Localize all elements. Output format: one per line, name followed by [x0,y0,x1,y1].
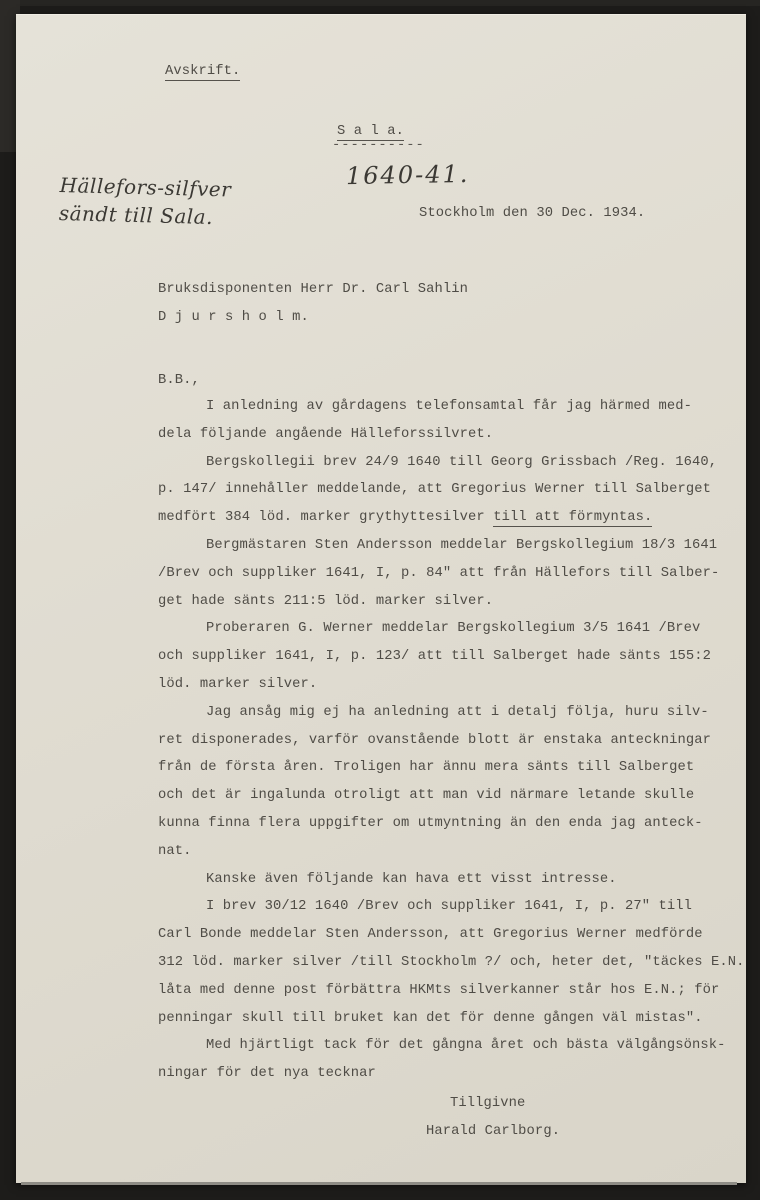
letter-title: S a l a. [337,125,404,139]
background-top-strip [0,0,760,6]
body-text-segment: dela följande angående Hälleforssilvret. [158,427,493,442]
body-text-segment: Bergskollegii brev 24/9 1640 till Georg … [206,455,717,470]
letter-body-line: get hade sänts 211:5 löd. marker silver. [158,593,758,621]
letter-body-line: kunna finna flera uppgifter om utmyntnin… [158,815,758,843]
letter-body-line: Med hjärtligt tack för det gångna året o… [158,1037,758,1065]
handwritten-note-line1: Hällefors-silfver [59,171,231,203]
letter-body-line: /Brev och suppliker 1641, I, p. 84" att … [158,565,758,593]
salutation: B.B., [158,374,200,388]
page-bottom-edge [21,1182,737,1185]
letter-body-line: och det är ingalunda otroligt att man vi… [158,787,758,815]
body-text-segment: Med hjärtligt tack för det gångna året o… [206,1038,726,1053]
valediction: Tillgivne [450,1097,525,1111]
letter-page: Avskrift. S a l a. ---------- 1640-41. H… [16,14,746,1183]
letter-body-line: ningar för det nya tecknar [158,1065,758,1093]
letter-body-line: I brev 30/12 1640 /Brev och suppliker 16… [158,898,758,926]
letter-body: I anledning av gårdagens telefonsamtal f… [158,398,758,1093]
letter-body-line: låta med denne post förbättra HKMts silv… [158,982,758,1010]
letter-body-line: Bergskollegii brev 24/9 1640 till Georg … [158,454,758,482]
letter-body-line: I anledning av gårdagens telefonsamtal f… [158,398,758,426]
letter-body-line: Carl Bonde meddelar Sten Andersson, att … [158,926,758,954]
letter-body-line: och suppliker 1641, I, p. 123/ att till … [158,648,758,676]
signature-name: Harald Carlborg. [426,1125,560,1139]
letter-body-line: löd. marker silver. [158,676,758,704]
body-text-segment: ret disponerades, varför ovanstående blo… [158,733,711,748]
letter-body-line: Kanske även följande kan hava ett visst … [158,871,758,899]
body-text-segment: I brev 30/12 1640 /Brev och suppliker 16… [206,899,692,914]
body-text-segment: löd. marker silver. [158,677,317,692]
body-text-segment: p. 147/ innehåller meddelande, att Grego… [158,482,711,497]
body-text-segment: Kanske även följande kan hava ett visst … [206,872,617,887]
letter-body-line: Bergmästaren Sten Andersson meddelar Ber… [158,537,758,565]
dateline: Stockholm den 30 Dec. 1934. [419,207,645,221]
letter-body-line: 312 löd. marker silver /till Stockholm ?… [158,954,758,982]
body-text-segment: penningar skull till bruket kan det för … [158,1011,703,1026]
body-text-segment: låta med denne post förbättra HKMts silv… [158,983,719,998]
letter-body-line: ret disponerades, varför ovanstående blo… [158,732,758,760]
copy-stamp: Avskrift. [165,65,240,79]
recipient-city: D j u r s h o l m. [158,311,309,325]
letter-body-line: Proberaren G. Werner meddelar Bergskolle… [158,620,758,648]
title-dashed-rule: ---------- [332,138,425,153]
body-text-segment: från de första åren. Troligen har ännu m… [158,760,694,775]
body-text-segment: kunna finna flera uppgifter om utmyntnin… [158,816,703,831]
underlined-phrase: till att förmyntas. [493,510,652,527]
letter-body-line: Jag ansåg mig ej ha anledning att i deta… [158,704,758,732]
body-text-segment: nat. [158,844,192,859]
handwritten-note-line2: sändt till Sala. [59,199,231,231]
body-text-segment: ningar för det nya tecknar [158,1066,376,1081]
body-text-segment: Carl Bonde meddelar Sten Andersson, att … [158,927,703,942]
body-text-segment: och det är ingalunda otroligt att man vi… [158,788,694,803]
letter-body-line: medfört 384 löd. marker grythyttesilver … [158,509,758,537]
handwritten-note: Hällefors-silfver sändt till Sala. [59,171,232,231]
body-text-segment: I anledning av gårdagens telefonsamtal f… [206,399,692,414]
letter-body-line: penningar skull till bruket kan det för … [158,1010,758,1038]
handwritten-years: 1640-41. [346,160,470,190]
copy-stamp-text: Avskrift. [165,64,240,81]
body-text-segment: /Brev och suppliker 1641, I, p. 84" att … [158,566,719,581]
body-text-segment: Proberaren G. Werner meddelar Bergskolle… [206,621,700,636]
letter-body-line: dela följande angående Hälleforssilvret. [158,426,758,454]
scanned-letter-photo: Avskrift. S a l a. ---------- 1640-41. H… [0,0,760,1200]
letter-body-line: nat. [158,843,758,871]
recipient-name: Bruksdisponenten Herr Dr. Carl Sahlin [158,283,468,297]
letter-body-line: från de första åren. Troligen har ännu m… [158,759,758,787]
letter-body-line: p. 147/ innehåller meddelande, att Grego… [158,481,758,509]
body-text-segment: 312 löd. marker silver /till Stockholm ?… [158,955,745,970]
body-text-segment: Jag ansåg mig ej ha anledning att i deta… [206,705,709,720]
body-text-segment: medfört 384 löd. marker grythyttesilver [158,510,493,525]
body-text-segment: och suppliker 1641, I, p. 123/ att till … [158,649,711,664]
body-text-segment: Bergmästaren Sten Andersson meddelar Ber… [206,538,717,553]
body-text-segment: get hade sänts 211:5 löd. marker silver. [158,594,493,609]
